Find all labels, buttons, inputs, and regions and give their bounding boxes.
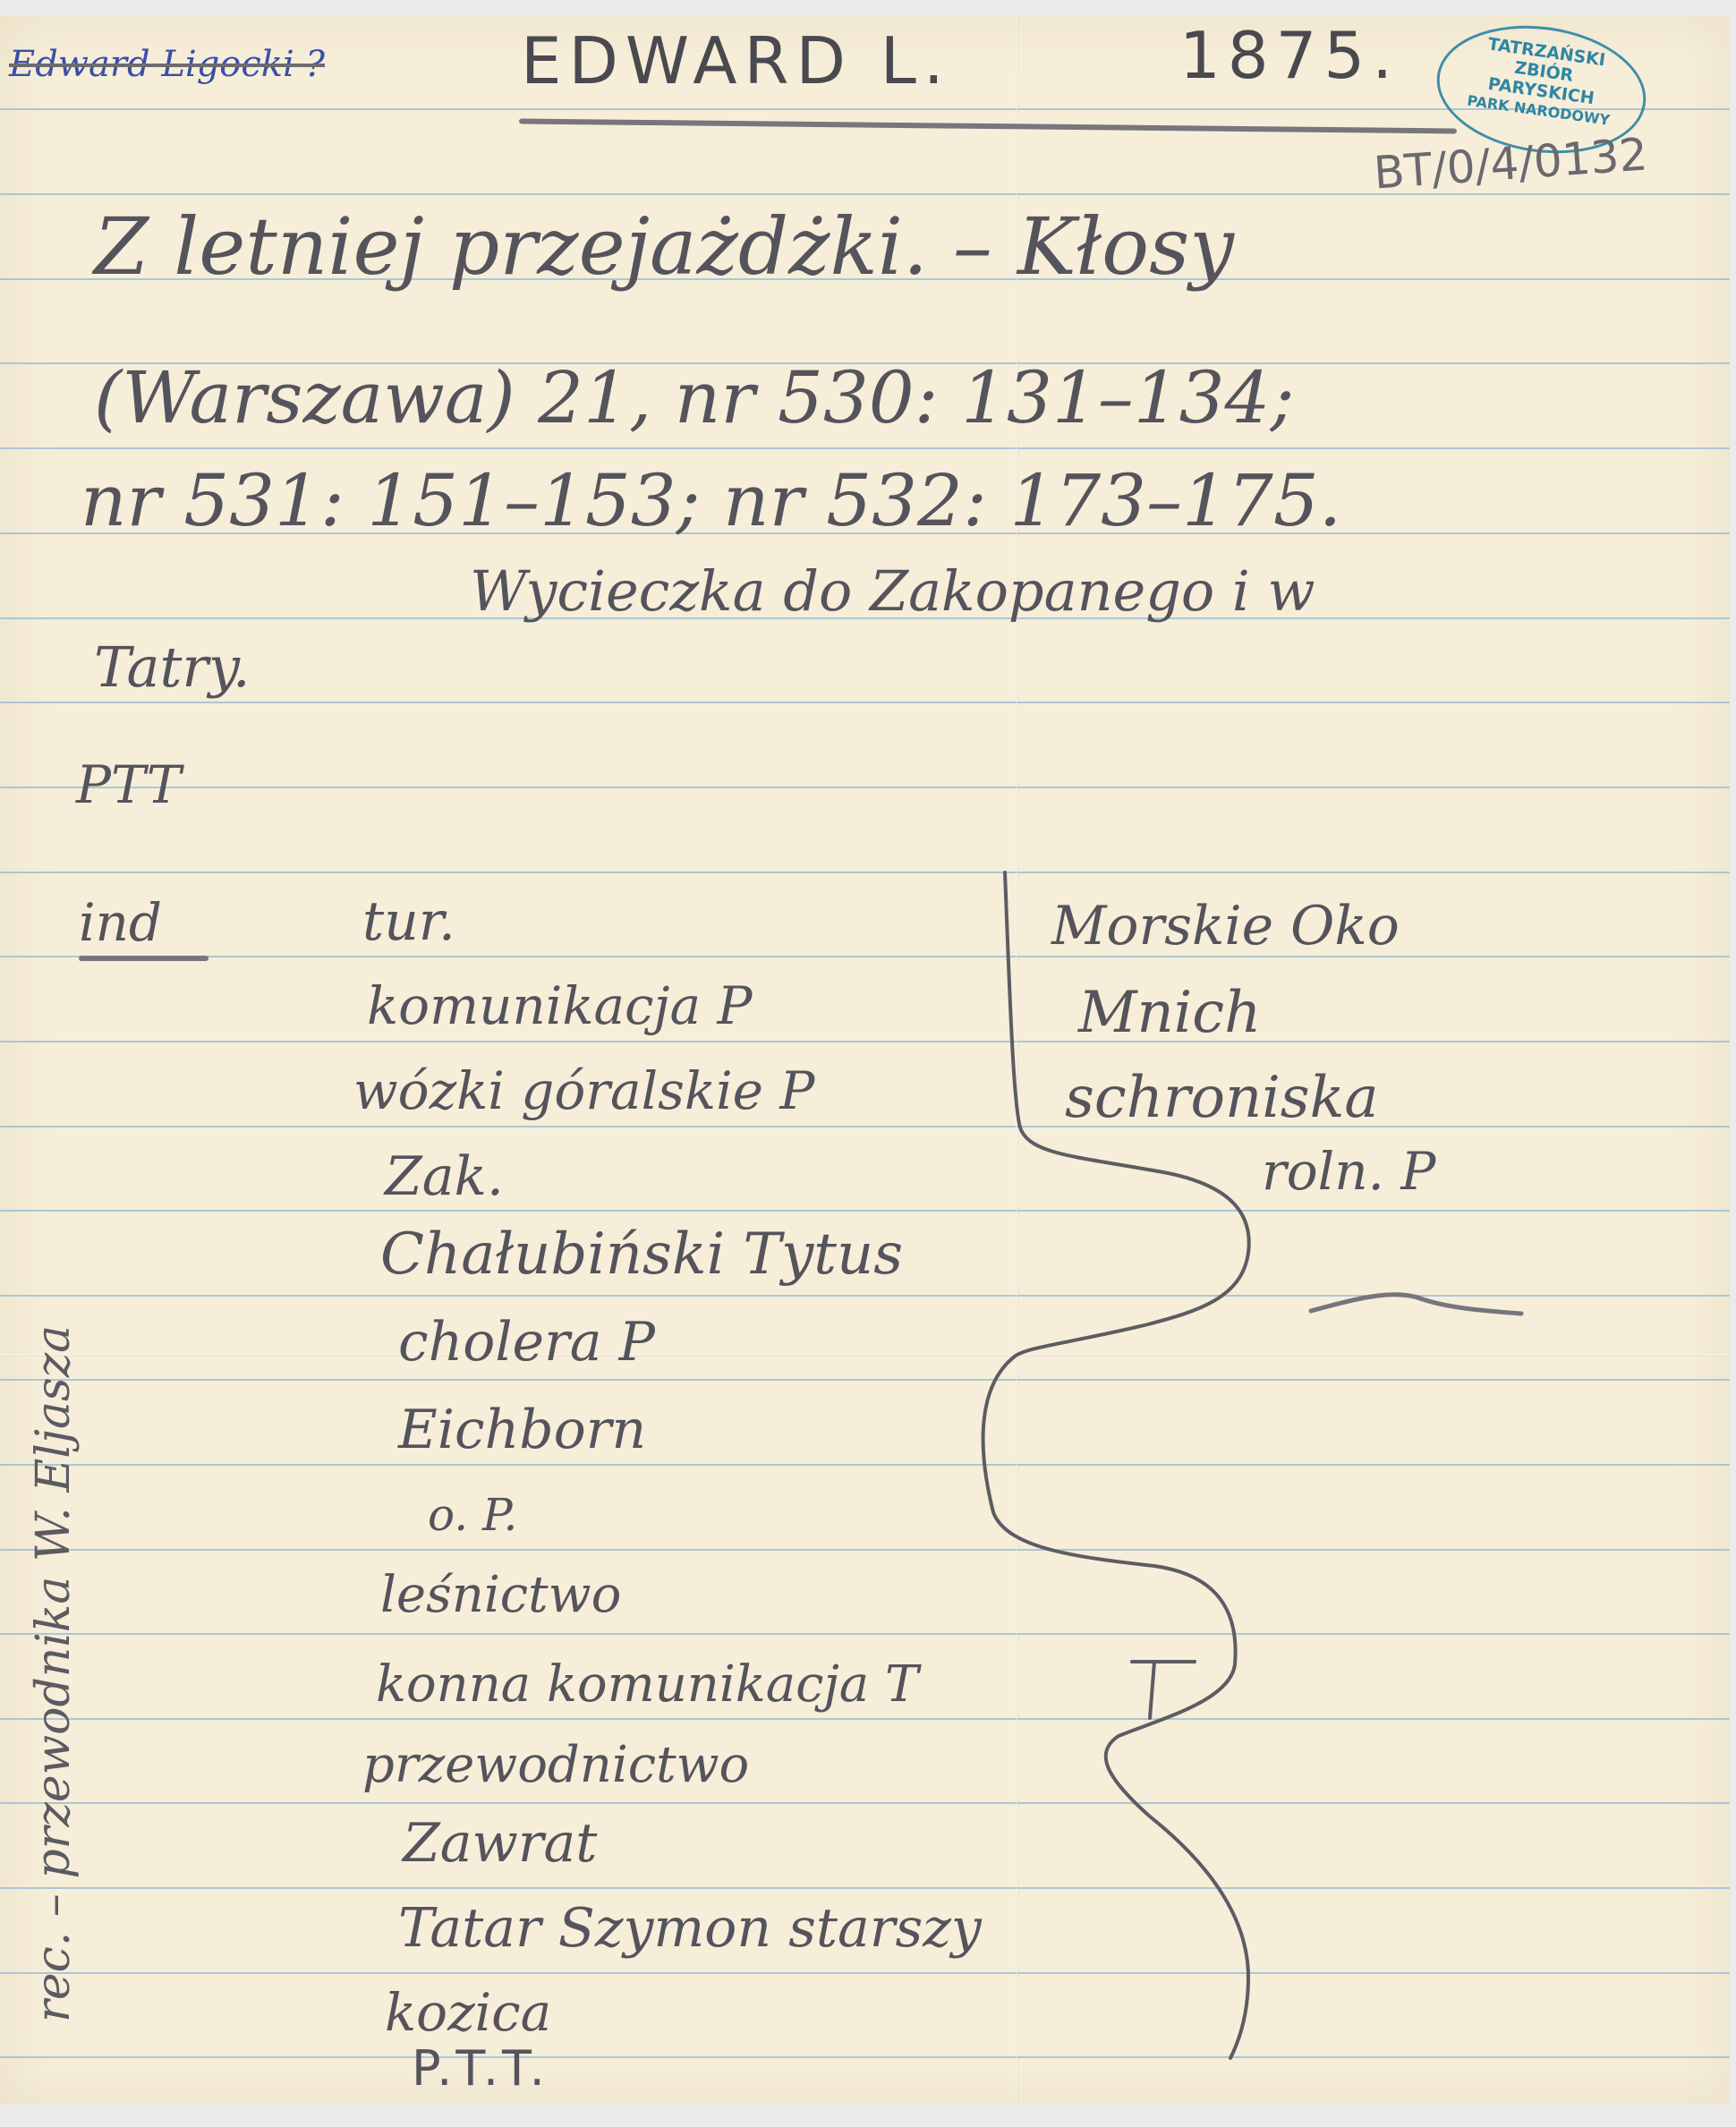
paper-fold-horizontal [0, 1354, 1730, 1357]
ruled-line [0, 1379, 1730, 1381]
ruled-line [0, 1972, 1730, 1974]
tag-item: konna komunikacja T [376, 1660, 918, 1710]
tag-item: Chałubiński Tytus [380, 1226, 903, 1283]
ruled-line [0, 2056, 1730, 2058]
ruled-line [0, 193, 1730, 195]
paper-fold-vertical [1016, 16, 1018, 2105]
ruled-line [0, 702, 1730, 703]
margin-note-vertical: rec. – przewodnika W. Eljasza [27, 1325, 81, 2022]
ruled-line [0, 1718, 1730, 1720]
ptt-tag: PTT [76, 759, 181, 811]
tag-item: leśnictwo [380, 1570, 621, 1621]
ruled-line [0, 1549, 1730, 1551]
tag-item: Zak. [385, 1150, 504, 1204]
tag-item-right: roln. P [1262, 1145, 1435, 1197]
tag-item-right: Morskie Oko [1051, 899, 1400, 953]
document-page [0, 16, 1730, 2105]
tag-item: Eichborn [398, 1403, 646, 1457]
tag-item: P.T.T. [412, 2045, 549, 2093]
tag-item: o. P. [428, 1493, 517, 1537]
tag-item-right: schroniska [1065, 1069, 1379, 1127]
tag-item: komunikacja P [367, 980, 753, 1032]
ruled-line [0, 1126, 1730, 1127]
tag-item: przewodnictwo [362, 1740, 749, 1791]
tag-item: Tatar Szymon starszy [398, 1902, 982, 1955]
year-heading: 1875. [1179, 23, 1400, 88]
ruled-line [0, 447, 1730, 449]
tag-item: Zawrat [403, 1816, 597, 1870]
tag-item-right: Mnich [1078, 984, 1261, 1042]
ruled-line [0, 1295, 1730, 1297]
tag-item: cholera P [398, 1315, 655, 1369]
ruled-line [0, 1041, 1730, 1042]
ruled-line [0, 1464, 1730, 1466]
crossed-out-name: Edward Ligocki ? [9, 47, 325, 82]
citation-line-2: (Warszawa) 21, nr 530: 131–134; [94, 362, 1294, 434]
ruled-line [0, 1633, 1730, 1635]
subtitle-continuation: Tatry. [94, 640, 251, 695]
ruled-line [0, 1210, 1730, 1212]
ruled-line [0, 787, 1730, 788]
ruled-line [0, 872, 1730, 873]
subtitle: Wycieczka do Zakopanego i w [470, 564, 1315, 619]
ruled-line [0, 1887, 1730, 1889]
author-heading: EDWARD L. [521, 29, 951, 93]
ind-label: ind [79, 897, 162, 949]
ind-underline [79, 956, 208, 961]
tag-item: tur. [362, 895, 455, 949]
citation-line-3: nr 531: 151–153; nr 532: 173–175. [81, 465, 1341, 537]
ruled-line [0, 1802, 1730, 1804]
tag-item: kozica [385, 1987, 551, 2038]
tag-item: wózki góralskie P [353, 1065, 814, 1117]
citation-line-1: Z letniej przejażdżki. – Kłosy [94, 208, 1234, 286]
ruled-line [0, 956, 1730, 957]
